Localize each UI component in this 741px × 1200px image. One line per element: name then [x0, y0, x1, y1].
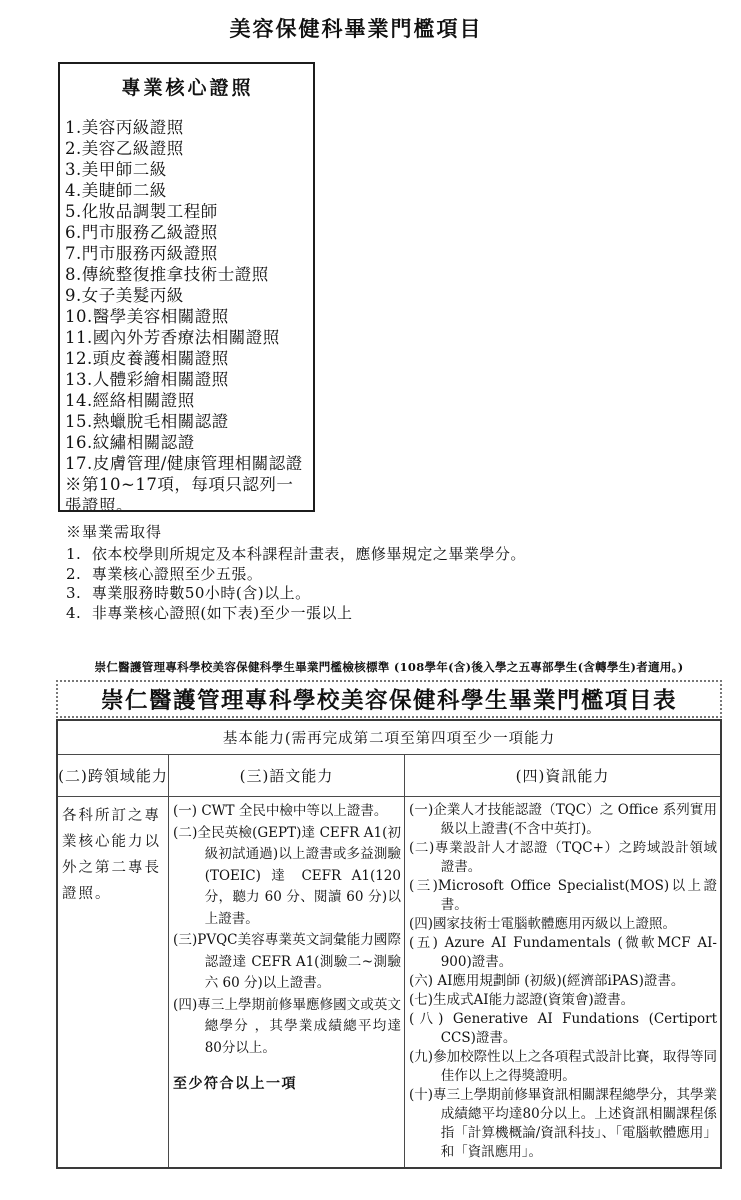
language-item: (一) CWT 全民中檢中等以上證書。: [173, 801, 401, 823]
core-license-item: 5.化妝品調製工程師: [65, 201, 310, 222]
core-license-item: 1.美容丙級證照: [65, 117, 310, 138]
cross-domain-text: 各科所訂之專業核心能力以外之第二專長證照。: [62, 801, 165, 907]
information-item: (八) Generative AI Fundations (Certiport …: [409, 1010, 717, 1048]
core-license-item: 15.熱蠟脫毛相關認證: [65, 411, 310, 432]
column-header-information: (四)資訊能力: [405, 755, 720, 796]
core-license-item: 14.經絡相關證照: [65, 390, 310, 411]
document-page: 美容保健科畢業門檻項目 專業核心證照 1.美容丙級證照2.美容乙級證照3.美甲師…: [0, 0, 741, 1200]
page-title: 美容保健科畢業門檻項目: [0, 13, 712, 43]
core-box-title: 專業核心證照: [65, 73, 310, 100]
core-license-list: 1.美容丙級證照2.美容乙級證照3.美甲師二級4.美睫師二級5.化妝品調製工程師…: [65, 117, 310, 474]
table-header-row: (二)跨領域能力 (三)語文能力 (四)資訊能力: [58, 755, 720, 797]
core-license-item: 11.國內外芳香療法相關證照: [65, 327, 310, 348]
cell-language: (一) CWT 全民中檢中等以上證書。(二)全民英檢(GEPT)達 CEFR A…: [169, 797, 405, 1167]
table-span-header: 基本能力(需再完成第二項至第四項至少一項能力: [58, 721, 720, 755]
core-license-item: 16.紋繡相關認證: [65, 432, 310, 453]
core-license-item: 4.美睫師二級: [65, 180, 310, 201]
cell-information: (一)企業人才技能認證（TQC）之 Office 系列實用級以上證書(不含中英打…: [405, 797, 720, 1167]
requirement-item: 2. 專業核心證照至少五張。: [66, 565, 716, 585]
language-item: (四)專三上學期前修畢應修國文或英文總學分 ，其學業成績總平均達80分以上。: [173, 995, 401, 1060]
core-license-item: 13.人體彩繪相關證照: [65, 369, 310, 390]
core-license-item: 9.女子美髮丙級: [65, 285, 310, 306]
threshold-table: 基本能力(需再完成第二項至第四項至少一項能力 (二)跨領域能力 (三)語文能力 …: [56, 719, 722, 1169]
core-license-item: 10.醫學美容相關證照: [65, 306, 310, 327]
core-license-item: 12.頭皮養護相關證照: [65, 348, 310, 369]
core-license-item: 17.皮膚管理/健康管理相關認證: [65, 453, 310, 474]
core-license-item: 3.美甲師二級: [65, 159, 310, 180]
requirements-heading: ※畢業需取得: [66, 522, 716, 542]
core-license-item: 6.門市服務乙級證照: [65, 222, 310, 243]
table-title: 崇仁醫護管理專科學校美容保健科學生畢業門檻項目表: [101, 683, 677, 715]
information-item: (三)Microsoft Office Specialist(MOS)以上證書。: [409, 877, 717, 915]
core-license-item: 7.門市服務丙級證照: [65, 243, 310, 264]
language-footer: 至少符合以上一項: [173, 1073, 401, 1093]
core-license-box: 專業核心證照 1.美容丙級證照2.美容乙級證照3.美甲師二級4.美睫師二級5.化…: [58, 62, 315, 512]
cell-cross-domain: 各科所訂之專業核心能力以外之第二專長證照。: [58, 797, 169, 1167]
graduation-requirements: ※畢業需取得 1. 依本校學則所規定及本科課程計畫表，應修畢規定之畢業學分。2.…: [66, 522, 716, 623]
information-item: (四)國家技術士電腦軟體應用丙級以上證照。: [409, 915, 717, 934]
information-item: (五) Azure AI Fundamentals (微軟MCF AI-900)…: [409, 934, 717, 972]
language-items: (一) CWT 全民中檢中等以上證書。(二)全民英檢(GEPT)達 CEFR A…: [173, 801, 401, 1059]
information-items: (一)企業人才技能認證（TQC）之 Office 系列實用級以上證書(不含中英打…: [409, 801, 717, 1162]
table-body-row: 各科所訂之專業核心能力以外之第二專長證照。 (一) CWT 全民中檢中等以上證書…: [58, 797, 720, 1167]
language-item: (二)全民英檢(GEPT)達 CEFR A1(初級初試通過)以上證書或多益測驗 …: [173, 823, 401, 931]
table-caption: 崇仁醫護管理專科學校美容保健科學生畢業門檻檢核標準 (108學年(含)後入學之五…: [56, 659, 722, 675]
column-header-cross-domain: (二)跨領域能力: [58, 755, 169, 796]
column-header-language: (三)語文能力: [169, 755, 405, 796]
core-license-item: 8.傳統整復推拿技術士證照: [65, 264, 310, 285]
core-license-item: 2.美容乙級證照: [65, 138, 310, 159]
requirements-list: 1. 依本校學則所規定及本科課程計畫表，應修畢規定之畢業學分。2. 專業核心證照…: [66, 545, 716, 623]
information-item: (二)專業設計人才認證（TQC+）之跨域設計領域證書。: [409, 839, 717, 877]
information-item: (九)參加校際性以上之各項程式設計比賽，取得等同佳作以上之得獎證明。: [409, 1048, 717, 1086]
requirement-item: 3. 專業服務時數50小時(含)以上。: [66, 584, 716, 604]
information-item: (十)專三上學期前修畢資訊相關課程總學分，其學業成績總平均達80分以上。上述資訊…: [409, 1086, 717, 1162]
requirement-item: 4. 非專業核心證照(如下表)至少一張以上: [66, 604, 716, 624]
information-item: (一)企業人才技能認證（TQC）之 Office 系列實用級以上證書(不含中英打…: [409, 801, 717, 839]
table-title-box: 崇仁醫護管理專科學校美容保健科學生畢業門檻項目表: [56, 680, 722, 718]
requirement-item: 1. 依本校學則所規定及本科課程計畫表，應修畢規定之畢業學分。: [66, 545, 716, 565]
core-box-note: ※第10~17項，每項只認列一張證照。: [65, 474, 310, 512]
language-item: (三)PVQC美容專業英文詞彙能力國際認證達 CEFR A1(測驗二~測驗六 6…: [173, 930, 401, 995]
information-item: (七)生成式AI能力認證(資策會)證書。: [409, 991, 717, 1010]
information-item: (六) AI應用規劃師 (初級)(經濟部iPAS)證書。: [409, 972, 717, 991]
